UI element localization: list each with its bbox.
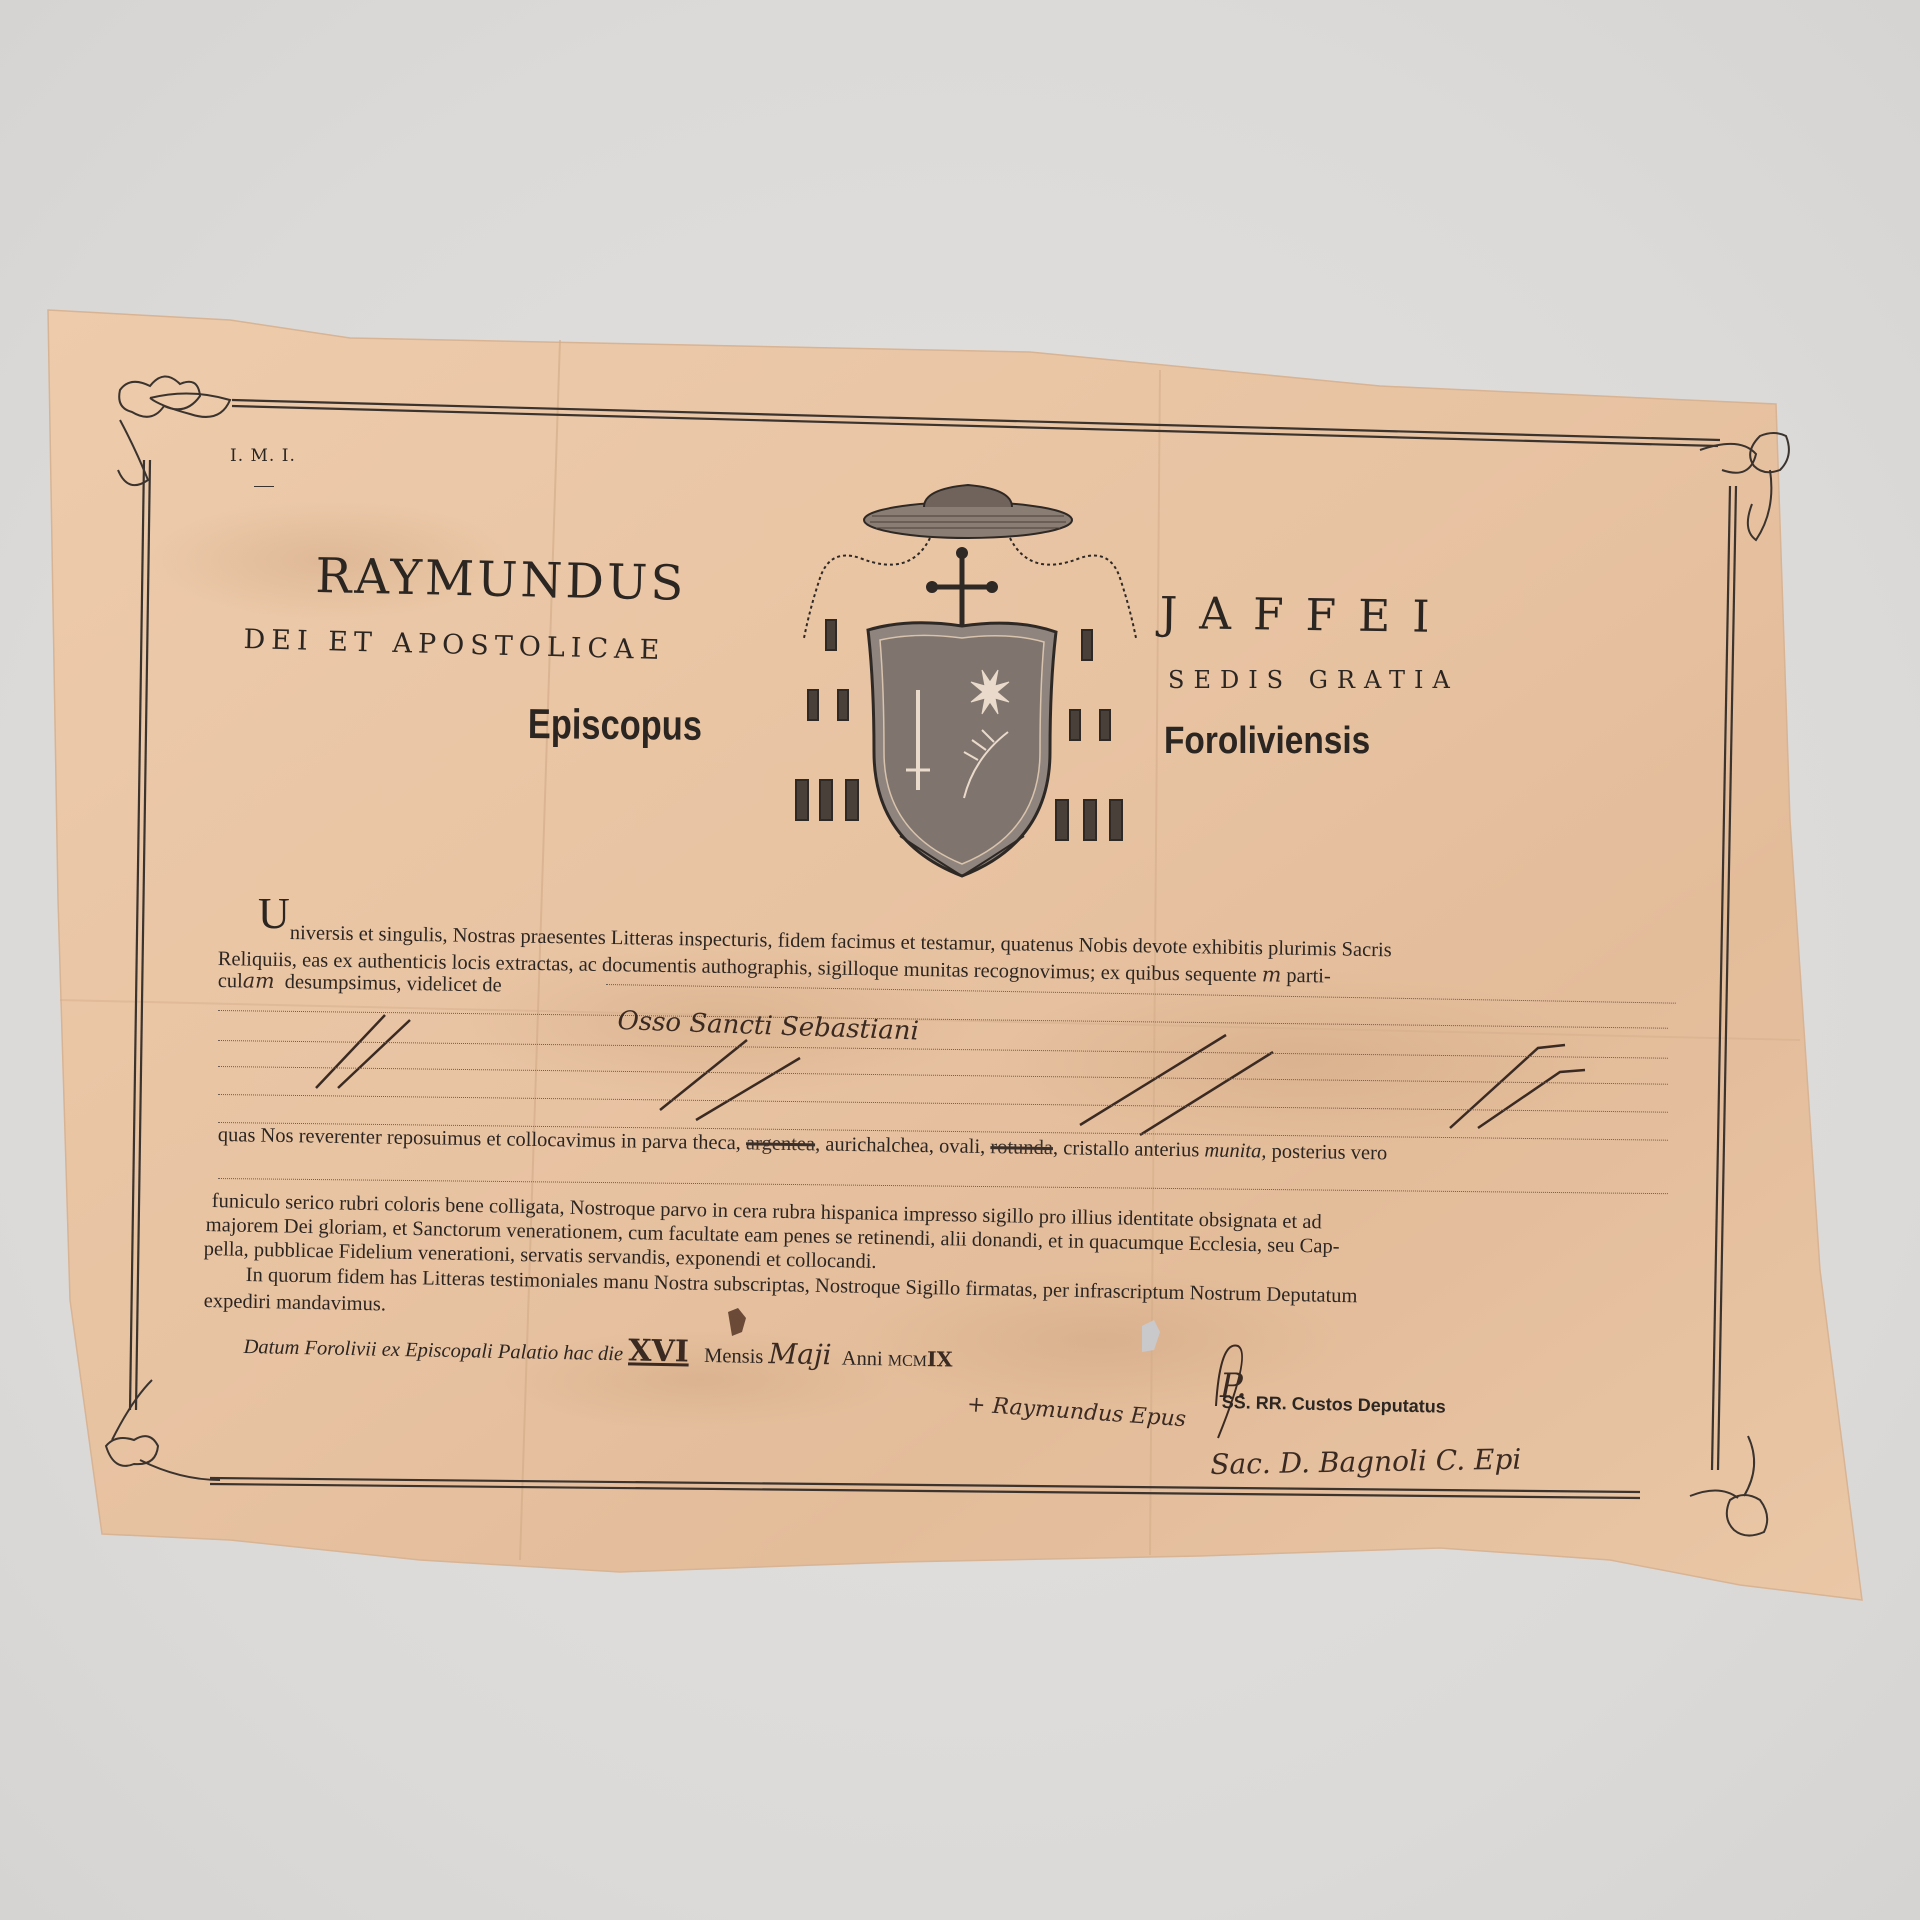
date-year-handwritten: IX: [927, 1347, 953, 1371]
drop-cap: U: [258, 888, 290, 939]
handwritten-insert: m: [1262, 962, 1282, 986]
body-line-9: expediri mandavimus.: [204, 1290, 387, 1316]
header-rule: [254, 486, 274, 487]
bishop-surname: JAFFEI: [1159, 588, 1452, 643]
deputy-signature: Sac. D. Bagnoli C. Epi: [1210, 1443, 1522, 1481]
bishop-first-name: RAYMUNDUS: [315, 548, 687, 612]
body-line-3: culam desumpsimus, videlicet de: [218, 968, 502, 997]
header-mark: I. M. I.: [230, 446, 296, 466]
heading-title-left: Episcopus: [528, 700, 702, 750]
date-day: XVI: [628, 1333, 689, 1369]
heading-title-right: Foroliviensis: [1164, 720, 1370, 763]
certificate-sheet: I. M. I. RAYMUNDUS JAFFEI DEI ET APOSTOL…: [0, 0, 1920, 1920]
heading-line2-right: SEDIS GRATIA: [1168, 666, 1459, 694]
date-month: Maji: [768, 1337, 832, 1371]
struck-word: rotunda: [990, 1136, 1053, 1159]
handwritten-insert: am: [243, 968, 275, 992]
struck-word: argentea: [746, 1132, 815, 1155]
